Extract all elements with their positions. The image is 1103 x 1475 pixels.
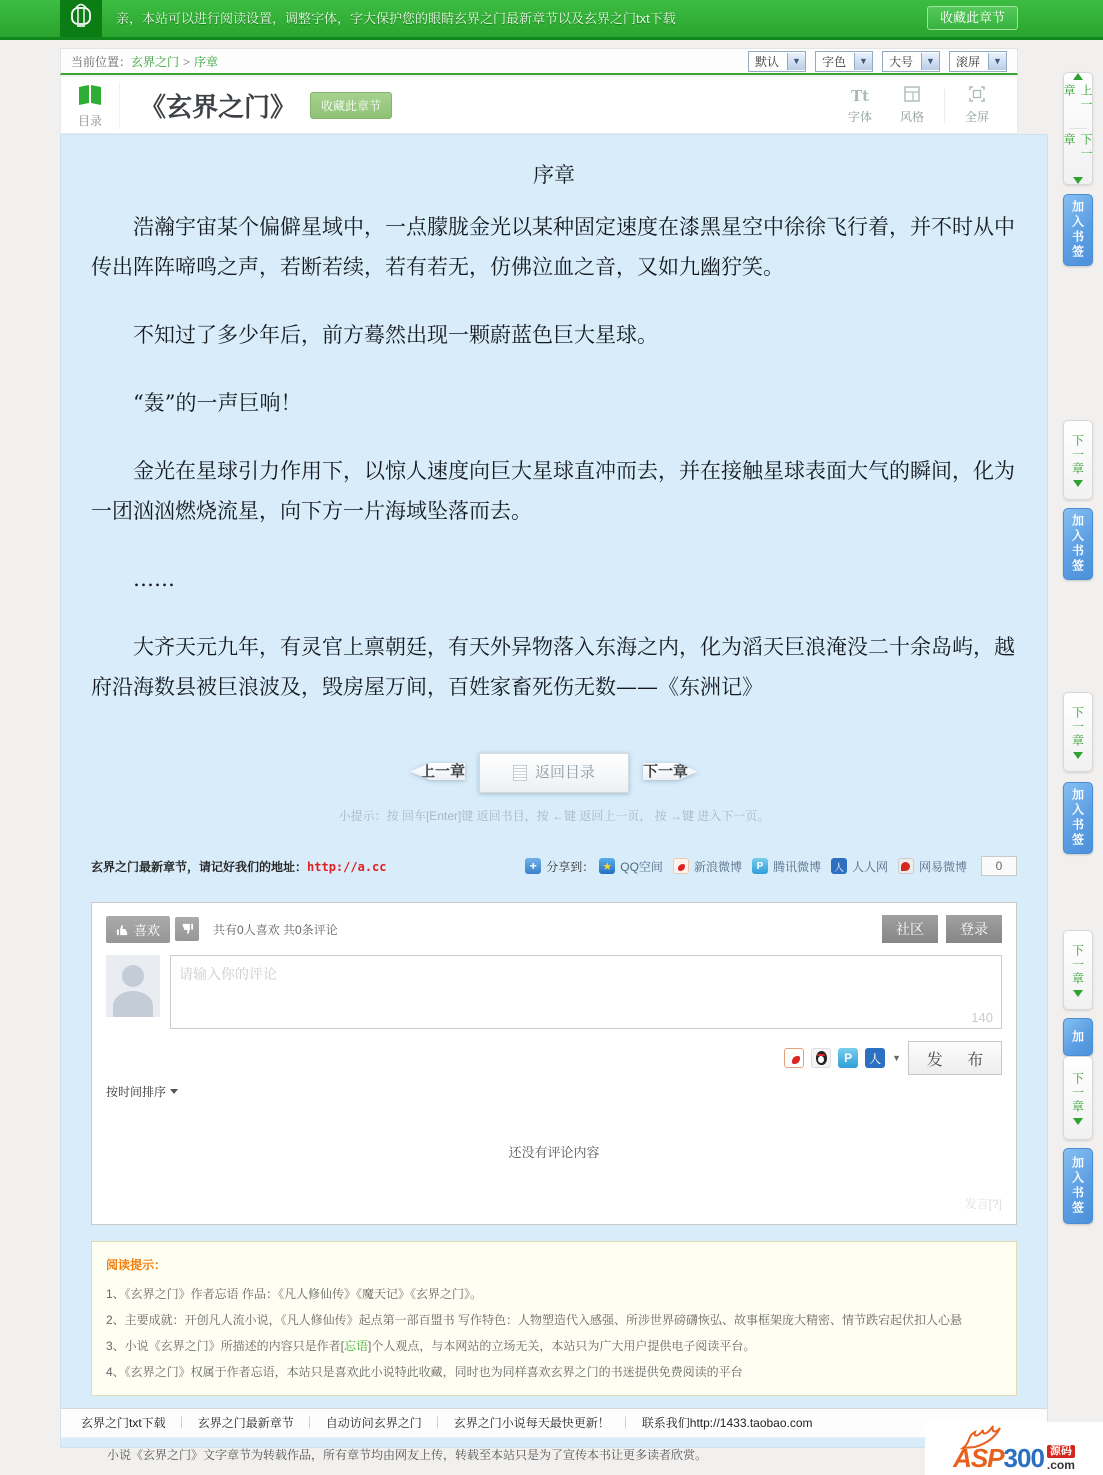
netease-weibo-icon[interactable] (898, 858, 914, 874)
chevron-down-icon[interactable]: ▼ (787, 53, 805, 70)
favorite-chapter-button-top[interactable]: 收藏此章节 (927, 6, 1018, 30)
reader-toolbar: Tt 字体 风格 全屏 (834, 86, 1003, 125)
sidebar-next-chapter-button[interactable]: 下一章 (1063, 692, 1093, 772)
author-link[interactable]: 忘语 (344, 1339, 368, 1353)
thumb-down-icon (181, 923, 194, 936)
sidebar-next-chapter-button[interactable]: 下一章 (1063, 1056, 1093, 1140)
reader-settings: 默认▼ 字色▼ 大号▼ 滚屏▼ (748, 51, 1007, 72)
select-theme[interactable]: 默认▼ (748, 51, 806, 72)
up-arrow-icon[interactable] (1073, 73, 1083, 80)
divider (1069, 128, 1087, 129)
breadcrumb-separator: > (183, 55, 190, 69)
down-arrow-icon (1073, 752, 1083, 759)
chapter-nav: 上一章 返回目录 下一章 (91, 753, 1017, 793)
lantern-logo-icon (68, 2, 94, 35)
book-header: 目录 《玄界之门》 收藏此章节 Tt 字体 风格 (60, 77, 1018, 134)
flame-icon (957, 1424, 1001, 1455)
footer-link-autovisit[interactable]: 自动访问玄界之门 (326, 1416, 422, 1430)
avatar (106, 955, 160, 1017)
tips-title: 阅读提示： (106, 1256, 1002, 1273)
breadcrumb-label: 当前位置： (71, 55, 131, 69)
sina-weibo-icon[interactable] (784, 1048, 804, 1068)
share-label: 分享到： (546, 858, 594, 875)
favorite-chapter-button[interactable]: 收藏此章节 (310, 92, 392, 119)
font-tool-button[interactable]: Tt 字体 (834, 86, 886, 125)
chapter-paragraph: 不知过了多少年后，前方蓦然出现一颗蔚蓝色巨大星球。 (91, 315, 1017, 355)
sidebar-next-chapter-button[interactable]: 下一章 (1063, 420, 1093, 500)
char-counter: 140 (971, 1010, 993, 1025)
add-bookmark-button[interactable]: 加入书签 (1063, 194, 1093, 266)
chevron-down-icon[interactable]: ▼ (921, 53, 939, 70)
site-address: 玄界之门最新章节，请记好我们的地址：http://a.cc (91, 858, 387, 875)
comment-toolbar: P 人 ▼ 发 布 (106, 1041, 1002, 1075)
chapter-paragraph: …… (91, 559, 1017, 599)
style-grid-icon (886, 86, 938, 106)
add-bookmark-button[interactable]: 加 (1063, 1018, 1093, 1056)
sidebar-prev-chapter[interactable]: 上一章 (1061, 84, 1095, 124)
chapter-title: 序章 (91, 159, 1017, 189)
site-notice: 亲，本站可以进行阅读设置，调整字体，字大保护您的眼睛玄界之门最新章节以及玄界之门… (116, 0, 676, 37)
publish-button[interactable]: 发 布 (908, 1041, 1002, 1075)
footer-links: 玄界之门txt下载｜玄界之门最新章节｜自动访问玄界之门｜玄界之门小说每天最快更新… (61, 1408, 1047, 1438)
add-bookmark-button[interactable]: 加入书签 (1063, 1148, 1093, 1224)
chapter-paragraph: 金光在星球引力作用下，以惊人速度向巨大星球直冲而去，并在接触星球表面大气的瞬间，… (91, 451, 1017, 531)
down-arrow-icon[interactable] (1073, 177, 1083, 184)
comment-panel: 喜欢 共有0人喜欢 共0条评论 社区 登录 140 P 人 ▼ 发 布 (91, 902, 1017, 1225)
site-logo[interactable] (60, 0, 102, 37)
font-icon: Tt (834, 86, 886, 106)
breadcrumb-chapter-link[interactable]: 序章 (194, 55, 218, 69)
footer-disclaimer: 小说《玄界之门》文字章节为转载作品，所有章节均由网友上传，转载至本站只是为了宣传… (91, 1438, 1017, 1463)
style-tool-button[interactable]: 风格 (886, 86, 938, 125)
login-button[interactable]: 登录 (946, 915, 1002, 943)
tencent-weibo-icon[interactable]: P (752, 858, 768, 874)
next-chapter-button[interactable]: 下一章 (643, 763, 698, 780)
tip-item: 4、《玄界之门》权属于作者忘语，本站只是喜欢此小说特此收藏，同时也为同样喜欢玄界… (106, 1359, 1002, 1385)
toc-label: 目录 (61, 112, 119, 129)
chevron-down-icon[interactable]: ▼ (854, 53, 872, 70)
share-count: 0 (981, 856, 1017, 876)
site-url-link[interactable]: http://a.cc (307, 860, 386, 874)
share-sina-link[interactable]: 新浪微博 (694, 858, 742, 875)
select-scroll-mode[interactable]: 滚屏▼ (949, 51, 1007, 72)
sidebar-next-chapter-button[interactable]: 下一章 (1063, 930, 1093, 1010)
toc-button[interactable]: 目录 (61, 82, 120, 129)
share-qzone-link[interactable]: QQ空间 (620, 858, 663, 875)
sidebar-chapter-nav: 上一章 下一章 (1063, 72, 1093, 185)
floating-sidebar: 上一章 下一章 加入书签 下一章 加入书签 下一章 加入书签 下一章 加 下一章… (1063, 0, 1097, 1475)
asp300-watermark: ASP300 源码 .com (925, 1422, 1103, 1475)
book-icon (77, 93, 103, 110)
qzone-icon[interactable]: ★ (599, 858, 615, 874)
page-title: 《玄界之门》 (140, 87, 296, 124)
add-bookmark-button[interactable]: 加入书签 (1063, 782, 1093, 854)
renren-icon[interactable]: 人 (865, 1048, 885, 1068)
share-tqq-link[interactable]: 腾讯微博 (773, 858, 821, 875)
sina-weibo-icon[interactable] (673, 858, 689, 874)
footer-link-txt-download[interactable]: 玄界之门txt下载 (81, 1416, 166, 1430)
dislike-button[interactable] (175, 917, 199, 941)
tip-item: 2、主要成就：开创凡人流小说，《凡人修仙传》起点第一部百盟书 写作特色：人物塑造… (106, 1307, 1002, 1333)
tip-item: 1、《玄界之门》作者忘语 作品：《凡人修仙传》《魔天记》《玄界之门》。 (106, 1281, 1002, 1307)
toolbar-divider (944, 89, 945, 123)
comment-header: 喜欢 共有0人喜欢 共0条评论 社区 登录 (106, 915, 1002, 943)
renren-icon[interactable]: 人 (831, 858, 847, 874)
back-to-toc-button[interactable]: 返回目录 (479, 753, 629, 793)
chapter-paragraph: 大齐天元九年，有灵官上禀朝廷，有天外异物落入东海之内，化为滔天巨浪淹没二十余岛屿… (91, 627, 1017, 707)
share-buttons: + 分享到： ★QQ空间 新浪微博 P腾讯微博 人人人网 网易微博 0 (525, 856, 1017, 876)
prev-chapter-button[interactable]: 上一章 (410, 763, 465, 780)
more-share-caret-icon[interactable]: ▼ (892, 1053, 901, 1063)
breadcrumb-book-link[interactable]: 玄界之门 (131, 55, 179, 69)
no-comments-text: 还没有评论内容 (106, 1142, 1002, 1161)
keyboard-tip: 小提示：按 回车[Enter]键 返回书目，按 ←键 返回上一页， 按 →键 进… (91, 807, 1017, 824)
comment-input[interactable] (171, 956, 1001, 1004)
thumb-up-icon (116, 923, 129, 936)
down-arrow-icon (1073, 480, 1083, 487)
reading-area: 序章 浩瀚宇宙某个偏僻星域中，一点朦胧金光以某种固定速度在漆黑星空中徐徐飞行着，… (60, 134, 1048, 1448)
down-arrow-icon (1073, 1118, 1083, 1125)
share-renren-link[interactable]: 人人网 (852, 858, 888, 875)
tencent-weibo-icon[interactable]: P (838, 1048, 858, 1068)
footer-link-contact[interactable]: 联系我们http://1433.taobao.com (642, 1416, 813, 1430)
chevron-down-icon[interactable]: ▼ (988, 53, 1006, 70)
select-font-size[interactable]: 大号▼ (882, 51, 940, 72)
comment-compose: 140 (106, 955, 1002, 1029)
reading-tips-panel: 阅读提示： 1、《玄界之门》作者忘语 作品：《凡人修仙传》《魔天记》《玄界之门》… (91, 1241, 1017, 1396)
sort-control[interactable]: 按时间排序 (106, 1083, 1002, 1100)
breadcrumb-bar: 当前位置：玄界之门>序章 默认▼ 字色▼ 大号▼ 滚屏▼ (60, 48, 1018, 75)
select-font-color[interactable]: 字色▼ (815, 51, 873, 72)
breadcrumb: 当前位置：玄界之门>序章 (71, 53, 218, 70)
tip-item: 3、小说《玄界之门》所描述的内容只是作者[忘语]个人观点，与本网站的立场无关，本… (106, 1333, 1002, 1359)
add-bookmark-button[interactable]: 加入书签 (1063, 508, 1093, 580)
share-bar: 玄界之门最新章节，请记好我们的地址：http://a.cc + 分享到： ★QQ… (91, 856, 1017, 876)
sidebar-next-chapter[interactable]: 下一章 (1061, 133, 1095, 173)
like-button[interactable]: 喜欢 (106, 916, 170, 943)
qq-penguin-icon[interactable] (811, 1048, 831, 1068)
footer-link-update[interactable]: 玄界之门小说每天最快更新！ (454, 1416, 610, 1430)
list-icon (513, 765, 527, 781)
community-button[interactable]: 社区 (882, 915, 938, 943)
sort-caret-icon (170, 1089, 178, 1094)
share-netease-link[interactable]: 网易微博 (919, 858, 967, 875)
footer-link-latest[interactable]: 玄界之门最新章节 (198, 1416, 294, 1430)
post-hint[interactable]: 发言[?] (106, 1195, 1002, 1212)
share-plus-icon[interactable]: + (525, 858, 541, 874)
fullscreen-icon (951, 86, 1003, 106)
chapter-paragraph: “轰”的一声巨响！ (91, 383, 1017, 423)
comment-input-box: 140 (170, 955, 1002, 1029)
chapter-paragraph: 浩瀚宇宙某个偏僻星域中，一点朦胧金光以某种固定速度在漆黑星空中徐徐飞行着，并不时… (91, 207, 1017, 287)
fullscreen-tool-button[interactable]: 全屏 (951, 86, 1003, 125)
comment-stats: 共有0人喜欢 共0条评论 (213, 921, 338, 938)
down-arrow-icon (1073, 990, 1083, 997)
top-notice-bar: 亲，本站可以进行阅读设置，调整字体，字大保护您的眼睛玄界之门最新章节以及玄界之门… (0, 0, 1103, 40)
